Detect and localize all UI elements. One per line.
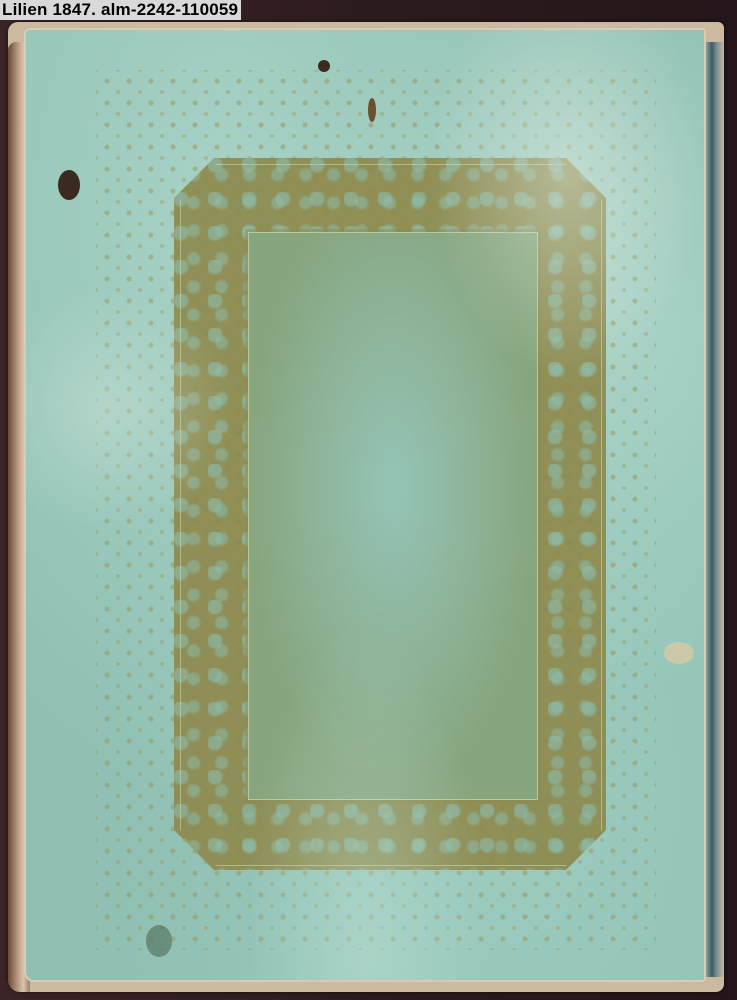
stain	[146, 925, 172, 957]
stain	[318, 60, 330, 72]
book	[8, 22, 724, 992]
stain	[664, 642, 694, 664]
image-caption: Lilien 1847. alm-2242-110059	[0, 0, 241, 20]
stain	[368, 98, 376, 122]
book-cover	[24, 28, 706, 982]
frame-center-panel	[248, 232, 538, 800]
book-page-edge	[704, 42, 724, 977]
stain	[58, 170, 80, 200]
